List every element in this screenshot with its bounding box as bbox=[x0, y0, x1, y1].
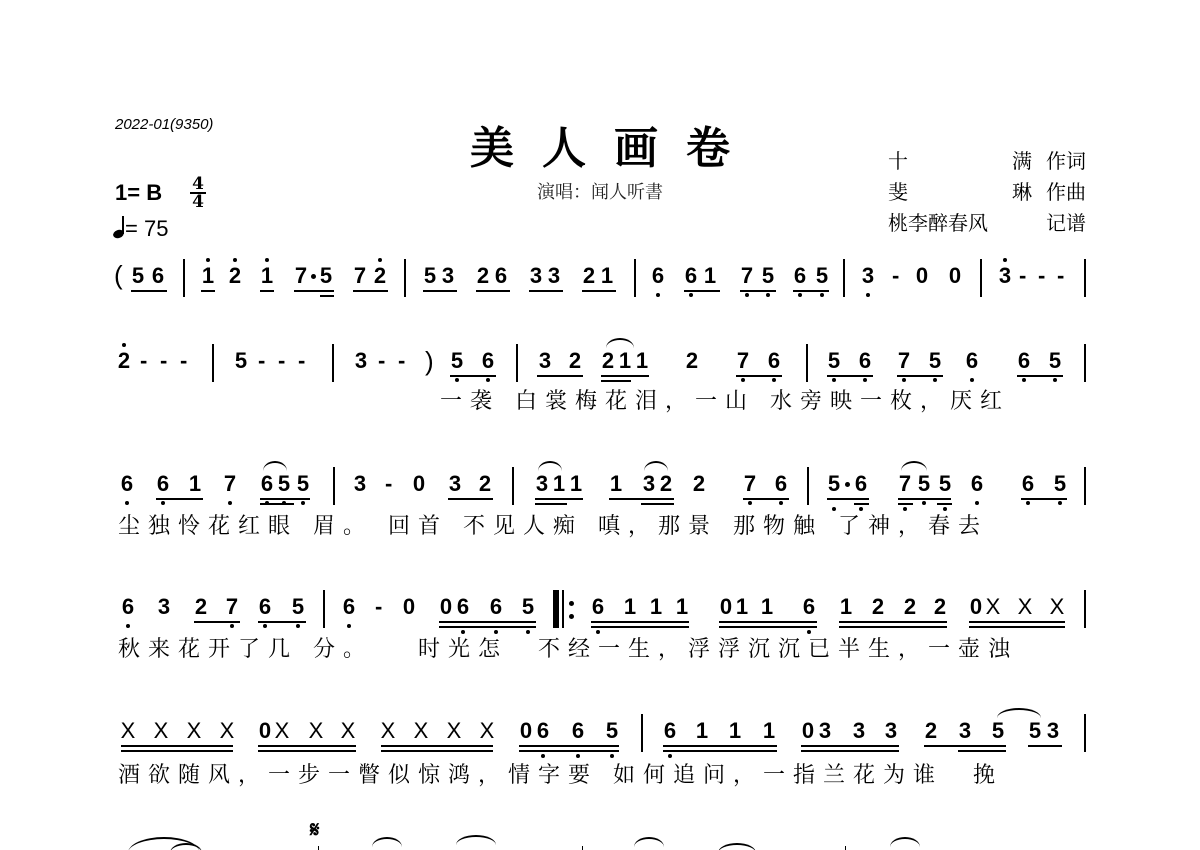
underline bbox=[793, 290, 829, 292]
note: 6 bbox=[120, 596, 136, 618]
rest: 0 bbox=[947, 265, 963, 287]
note: 6 bbox=[590, 596, 606, 618]
transcriber-name: 桃李醉春风 bbox=[888, 208, 988, 239]
bar-line bbox=[980, 259, 982, 297]
bar-line bbox=[807, 467, 809, 505]
lyricist-name-part2: 满 bbox=[1012, 146, 1032, 177]
note: 2 bbox=[116, 350, 132, 372]
note: 2 bbox=[902, 596, 918, 618]
note: 5 bbox=[990, 720, 1006, 742]
underline bbox=[591, 626, 689, 628]
note: 3 bbox=[352, 473, 368, 495]
note: 5 bbox=[1027, 720, 1043, 742]
note: 1 bbox=[727, 720, 743, 742]
underline bbox=[260, 503, 294, 505]
underline bbox=[719, 621, 817, 623]
note: 6 bbox=[1020, 473, 1036, 495]
note-x: X bbox=[120, 720, 136, 742]
note-x: X bbox=[446, 720, 462, 742]
note: 1 bbox=[551, 473, 567, 495]
dash: - bbox=[160, 350, 167, 372]
note: 5 bbox=[760, 265, 776, 287]
lyrics: 秋来花开了几 分。 时光怎 不经一生，浮浮沉沉已半生，一壶浊 bbox=[118, 638, 1018, 662]
lyricist-name-part1: 十 bbox=[888, 146, 908, 177]
underline bbox=[294, 290, 334, 292]
note: 6 bbox=[155, 473, 171, 495]
bar-line bbox=[1084, 467, 1086, 505]
note: 3 bbox=[860, 265, 876, 287]
note: 1 bbox=[761, 720, 777, 742]
bar-line bbox=[1084, 590, 1086, 628]
underline bbox=[258, 621, 306, 623]
key-signature: 1= B bbox=[115, 180, 162, 206]
underline bbox=[258, 745, 356, 747]
note-x: X bbox=[985, 596, 1001, 618]
note: 6 bbox=[570, 720, 586, 742]
note: 1 bbox=[648, 596, 664, 618]
rest: 0 bbox=[438, 596, 454, 618]
note: 3 bbox=[440, 265, 456, 287]
staff-line-6-partial: 𝄋 bbox=[0, 815, 1200, 850]
underline bbox=[381, 745, 493, 747]
credits-block: 十满 作词 斐琳 作曲 桃李醉春风 记谱 bbox=[888, 146, 1086, 239]
staff-line-2: 2 - - - 5 - - - 3 - - ) 5 6 3 2 2 1 1 2 … bbox=[0, 350, 1200, 450]
note: 1 bbox=[759, 596, 775, 618]
note: 5 bbox=[295, 473, 311, 495]
note: 5 bbox=[826, 473, 842, 495]
underline bbox=[969, 621, 1065, 623]
rest: 0 bbox=[411, 473, 427, 495]
underline bbox=[439, 626, 536, 628]
note: 1 bbox=[200, 265, 216, 287]
dash: - bbox=[375, 596, 382, 618]
note: 6 bbox=[341, 596, 357, 618]
lyrics: 尘独怜花红眼 眉。 回首 不见人痴 嗔，那景 那物触 了神，春去 bbox=[118, 515, 988, 539]
note: 6 bbox=[766, 350, 782, 372]
underline bbox=[448, 498, 493, 500]
composer-credit: 斐琳 作曲 bbox=[888, 177, 1086, 208]
segno-icon: 𝄋 bbox=[310, 817, 319, 843]
note: 6 bbox=[853, 473, 869, 495]
note: 1 bbox=[734, 596, 750, 618]
note: 6 bbox=[662, 720, 678, 742]
transcriber-credit: 桃李醉春风 记谱 bbox=[888, 208, 1086, 239]
bar-line bbox=[183, 259, 185, 297]
note: 5 bbox=[276, 473, 292, 495]
note: 7 bbox=[742, 473, 758, 495]
note: 3 bbox=[641, 473, 657, 495]
underline bbox=[121, 745, 233, 747]
bar-line bbox=[333, 467, 335, 505]
dash: - bbox=[258, 350, 265, 372]
note: 6 bbox=[535, 720, 551, 742]
underline bbox=[801, 750, 899, 752]
bar-line bbox=[512, 467, 514, 505]
bar-line-stub bbox=[845, 846, 846, 850]
note-x: X bbox=[340, 720, 356, 742]
underline bbox=[663, 745, 777, 747]
time-sig-top: 4 bbox=[190, 176, 206, 192]
underline bbox=[898, 498, 951, 500]
note: 1 bbox=[838, 596, 854, 618]
dash: - bbox=[140, 350, 147, 372]
composer-name-part2: 琳 bbox=[1012, 177, 1032, 208]
slur bbox=[890, 837, 920, 847]
note: 3 bbox=[528, 265, 544, 287]
note-x: X bbox=[380, 720, 396, 742]
underline bbox=[1021, 498, 1067, 500]
lyrics: 酒欲随风，一步一瞥似惊鸿，情字要 如何追问，一指兰花为谁 挽 bbox=[118, 764, 1003, 788]
underline bbox=[476, 290, 510, 292]
note: 3 bbox=[883, 720, 899, 742]
bar-line bbox=[404, 259, 406, 297]
slur bbox=[901, 461, 927, 471]
underline bbox=[537, 375, 583, 377]
rest: 0 bbox=[800, 720, 816, 742]
underline bbox=[519, 750, 619, 752]
lyricist-role: 作词 bbox=[1046, 146, 1086, 177]
note: 6 bbox=[150, 265, 166, 287]
note: 7 bbox=[735, 350, 751, 372]
staff-line-4: 6 3 2 7 6 5 6 - 0 0 6 6 5 6 1 1 1 0 1 1 … bbox=[0, 596, 1200, 696]
note: 3 bbox=[534, 473, 550, 495]
bar-line-stub bbox=[582, 846, 583, 850]
underline bbox=[601, 375, 649, 377]
slur bbox=[644, 461, 668, 471]
note: 1 bbox=[702, 265, 718, 287]
note: 6 bbox=[455, 596, 471, 618]
dash: - bbox=[398, 350, 405, 372]
rest: 0 bbox=[518, 720, 534, 742]
note: 7 bbox=[352, 265, 368, 287]
slur bbox=[372, 837, 402, 847]
tempo-value: = 75 bbox=[125, 216, 168, 241]
bar-line bbox=[1084, 344, 1086, 382]
dash: - bbox=[1038, 265, 1045, 287]
dash: - bbox=[298, 350, 305, 372]
note-x: X bbox=[186, 720, 202, 742]
note: 5 bbox=[290, 596, 306, 618]
underline bbox=[641, 503, 674, 505]
note: 2 bbox=[475, 265, 491, 287]
note: 6 bbox=[773, 473, 789, 495]
slur bbox=[456, 835, 496, 845]
note-x: X bbox=[219, 720, 235, 742]
underline bbox=[839, 626, 947, 628]
underline bbox=[740, 290, 776, 292]
note: 5 bbox=[318, 265, 334, 287]
note: 2 bbox=[372, 265, 388, 287]
open-parenthesis: ( bbox=[114, 262, 123, 288]
underline bbox=[601, 380, 631, 382]
underline bbox=[423, 290, 457, 292]
bar-line bbox=[516, 344, 518, 382]
note: 1 bbox=[674, 596, 690, 618]
underline bbox=[924, 745, 1006, 747]
note: 2 bbox=[567, 350, 583, 372]
lyrics: 一袭 白裳梅花泪，一山 水旁映一枚，厌红 bbox=[440, 390, 1010, 414]
note: 6 bbox=[801, 596, 817, 618]
underline bbox=[260, 290, 274, 292]
note: 2 bbox=[600, 350, 616, 372]
dash: - bbox=[385, 473, 392, 495]
note: 5 bbox=[1052, 473, 1068, 495]
note: 2 bbox=[227, 265, 243, 287]
note: 5 bbox=[604, 720, 620, 742]
transcriber-role: 记谱 bbox=[1046, 208, 1086, 239]
note: 2 bbox=[870, 596, 886, 618]
bar-line bbox=[212, 344, 214, 382]
note: 2 bbox=[932, 596, 948, 618]
key-text: 1= B bbox=[115, 180, 162, 205]
note: 5 bbox=[916, 473, 932, 495]
bar-line bbox=[332, 344, 334, 382]
note: 1 bbox=[608, 473, 624, 495]
note: 1 bbox=[634, 350, 650, 372]
note: 3 bbox=[1045, 720, 1061, 742]
note-x: X bbox=[1049, 596, 1065, 618]
note: 5 bbox=[449, 350, 465, 372]
note: 6 bbox=[650, 265, 666, 287]
bar-line bbox=[806, 344, 808, 382]
note: 5 bbox=[814, 265, 830, 287]
note: 7 bbox=[897, 473, 913, 495]
underline bbox=[201, 290, 215, 292]
dash: - bbox=[378, 350, 385, 372]
underline bbox=[381, 750, 493, 752]
underline bbox=[260, 498, 310, 500]
note: 3 bbox=[353, 350, 369, 372]
note: 5 bbox=[130, 265, 146, 287]
note: 5 bbox=[1047, 350, 1063, 372]
staff-line-5: X X X X 0 X X X X X X X 0 6 6 5 6 1 1 1 … bbox=[0, 720, 1200, 820]
underline bbox=[827, 498, 869, 500]
note: 7 bbox=[222, 473, 238, 495]
slur bbox=[718, 843, 756, 850]
bar-line bbox=[1084, 714, 1086, 752]
underline bbox=[535, 503, 567, 505]
note: 3 bbox=[537, 350, 553, 372]
note: 3 bbox=[447, 473, 463, 495]
time-sig-bottom: 4 bbox=[190, 194, 206, 210]
underline bbox=[969, 626, 1065, 628]
underline bbox=[958, 750, 1006, 752]
bar-line-stub bbox=[318, 846, 319, 850]
note: 5 bbox=[233, 350, 249, 372]
note: 7 bbox=[293, 265, 309, 287]
rest: 0 bbox=[914, 265, 930, 287]
note-x: X bbox=[153, 720, 169, 742]
dash: - bbox=[892, 265, 899, 287]
note: 2 bbox=[193, 596, 209, 618]
note: 3 bbox=[156, 596, 172, 618]
bar-line bbox=[1084, 259, 1086, 297]
rest: 0 bbox=[401, 596, 417, 618]
note: 5 bbox=[826, 350, 842, 372]
underline bbox=[519, 745, 619, 747]
note-x: X bbox=[308, 720, 324, 742]
note: 3 bbox=[546, 265, 562, 287]
composer-role: 作曲 bbox=[1046, 177, 1086, 208]
composer-name-part1: 斐 bbox=[888, 177, 908, 208]
note: 1 bbox=[187, 473, 203, 495]
underline bbox=[854, 503, 869, 505]
note: 7 bbox=[739, 265, 755, 287]
note: 3 bbox=[817, 720, 833, 742]
staff-line-3: 6 6 1 7 6 5 5 3 - 0 3 2 3 1 1 1 3 2 2 7 … bbox=[0, 473, 1200, 573]
underline bbox=[827, 375, 873, 377]
close-parenthesis: ) bbox=[425, 348, 434, 374]
underline bbox=[1028, 745, 1062, 747]
bar-line bbox=[634, 259, 636, 297]
underline bbox=[898, 503, 913, 505]
note: 1 bbox=[694, 720, 710, 742]
underline bbox=[582, 290, 616, 292]
note-x: X bbox=[479, 720, 495, 742]
underline bbox=[736, 375, 782, 377]
note: 3 bbox=[997, 265, 1013, 287]
underline bbox=[258, 750, 356, 752]
note: 6 bbox=[480, 350, 496, 372]
underline bbox=[439, 621, 536, 623]
underline bbox=[609, 498, 674, 500]
note: 6 bbox=[1016, 350, 1032, 372]
underline bbox=[450, 375, 496, 377]
note: 1 bbox=[622, 596, 638, 618]
lyricist-credit: 十满 作词 bbox=[888, 146, 1086, 177]
note: 7 bbox=[896, 350, 912, 372]
underline bbox=[839, 621, 947, 623]
augmentation-dot bbox=[845, 482, 850, 487]
dash: - bbox=[1019, 265, 1026, 287]
note: 2 bbox=[923, 720, 939, 742]
note: 6 bbox=[493, 265, 509, 287]
dash: - bbox=[1057, 265, 1064, 287]
note: 6 bbox=[257, 596, 273, 618]
underline bbox=[684, 290, 720, 292]
note: 2 bbox=[581, 265, 597, 287]
dash: - bbox=[278, 350, 285, 372]
underline bbox=[131, 290, 167, 292]
note: 6 bbox=[488, 596, 504, 618]
underline bbox=[663, 750, 777, 752]
underline bbox=[156, 498, 203, 500]
underline bbox=[320, 295, 334, 297]
note: 3 bbox=[851, 720, 867, 742]
slur bbox=[538, 461, 562, 471]
note: 6 bbox=[683, 265, 699, 287]
rest: 0 bbox=[257, 720, 273, 742]
note: 5 bbox=[927, 350, 943, 372]
bar-line bbox=[323, 590, 325, 628]
augmentation-dot bbox=[311, 274, 316, 279]
note: 6 bbox=[259, 473, 275, 495]
underline bbox=[897, 375, 943, 377]
note: 1 bbox=[599, 265, 615, 287]
note: 1 bbox=[568, 473, 584, 495]
note: 1 bbox=[259, 265, 275, 287]
underline bbox=[194, 621, 240, 623]
note: 6 bbox=[964, 350, 980, 372]
note-x: X bbox=[1017, 596, 1033, 618]
underline bbox=[719, 626, 817, 628]
note: 2 bbox=[477, 473, 493, 495]
underline bbox=[937, 503, 952, 505]
note: 6 bbox=[792, 265, 808, 287]
underline bbox=[801, 745, 899, 747]
note: 6 bbox=[119, 473, 135, 495]
rest: 0 bbox=[968, 596, 984, 618]
bar-line bbox=[641, 714, 643, 752]
time-signature: 4 4 bbox=[190, 176, 206, 210]
note-x: X bbox=[274, 720, 290, 742]
rest: 0 bbox=[718, 596, 734, 618]
tempo-marking: = 75 bbox=[113, 216, 168, 242]
bar-line bbox=[843, 259, 845, 297]
note-x: X bbox=[413, 720, 429, 742]
underline bbox=[529, 290, 563, 292]
note: 5 bbox=[422, 265, 438, 287]
note: 2 bbox=[691, 473, 707, 495]
underline bbox=[591, 621, 689, 623]
slur bbox=[997, 708, 1041, 718]
note: 2 bbox=[658, 473, 674, 495]
note: 2 bbox=[684, 350, 700, 372]
underline bbox=[743, 498, 789, 500]
note: 7 bbox=[224, 596, 240, 618]
dash: - bbox=[180, 350, 187, 372]
slur bbox=[634, 837, 664, 847]
note: 6 bbox=[857, 350, 873, 372]
note: 5 bbox=[520, 596, 536, 618]
note: 6 bbox=[969, 473, 985, 495]
quarter-note-icon bbox=[113, 216, 125, 238]
underline bbox=[1017, 375, 1063, 377]
underline bbox=[535, 498, 583, 500]
underline bbox=[121, 750, 233, 752]
note: 3 bbox=[957, 720, 973, 742]
underline bbox=[353, 290, 388, 292]
note: 1 bbox=[617, 350, 633, 372]
note: 5 bbox=[937, 473, 953, 495]
slur bbox=[263, 461, 287, 471]
